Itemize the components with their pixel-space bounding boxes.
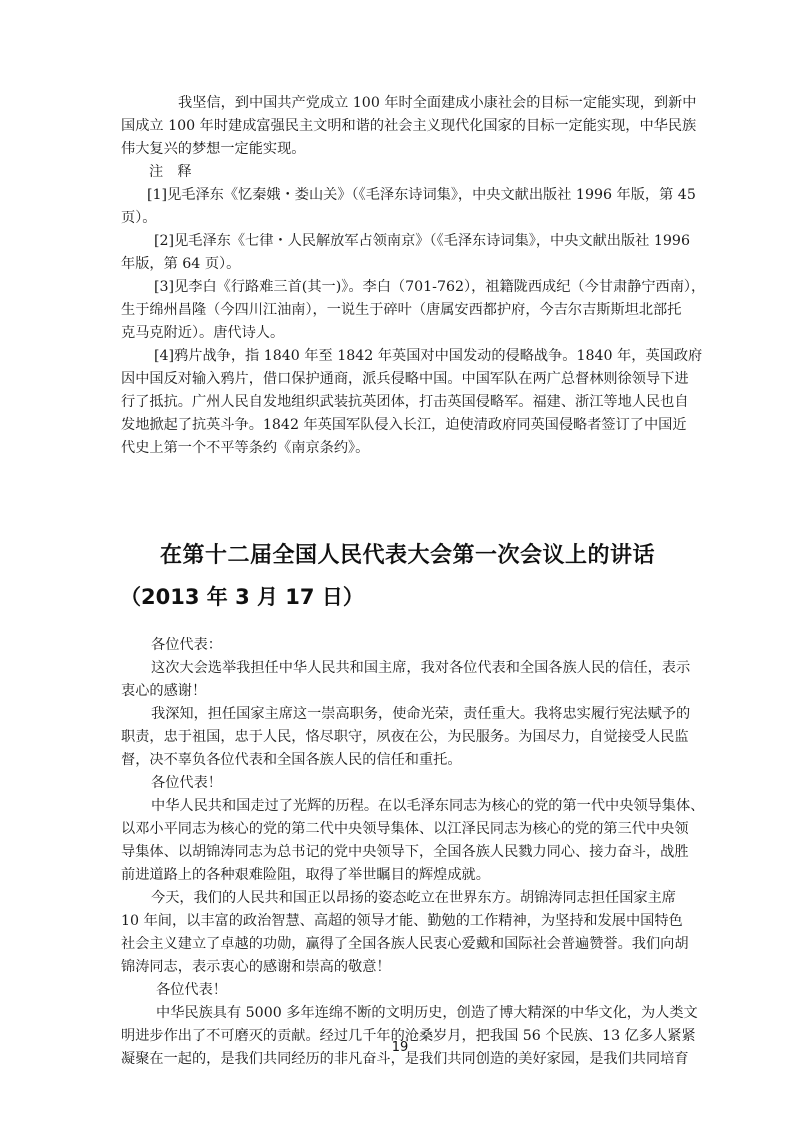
- note-2: [2]见毛泽东《七律・人民解放军占领南京》（《毛泽东诗词集》，中央文献出版社 1…: [121, 230, 679, 253]
- paragraph-line: 这次大会选举我担任中华人民共和国主席，我对各位代表和全国各族人民的信任，表示: [121, 657, 679, 680]
- paragraph-line: 我深知，担任国家主席这一崇高职务，使命光荣，责任重大。我将忠实履行宪法赋予的: [121, 703, 679, 726]
- text-line: 伟大复兴的梦想一定能实现。: [121, 138, 679, 161]
- paragraph-line: 中华民族具有 5000 多年连绵不断的文明历史，创造了博大精深的中华文化，为人类…: [121, 1002, 679, 1025]
- paragraph-line: 社会主义建立了卓越的功勋，赢得了全国各族人民衷心爱戴和国际社会普遍赞誉。我们向胡: [121, 933, 679, 956]
- paragraph-line: 衷心的感谢！: [121, 680, 679, 703]
- paragraph-line: 锦涛同志，表示衷心的感谢和崇高的敬意！: [121, 956, 679, 979]
- note-4-cont: 因中国反对输入鸦片，借口保护通商，派兵侵略中国。中国军队在两广总督林则徐领导下进: [121, 368, 679, 391]
- paragraph-line: 今天，我们的人民共和国正以昂扬的姿态屹立在世界东方。胡锦涛同志担任国家主席: [121, 887, 679, 910]
- text-line: 国成立 100 年时建成富强民主文明和谐的社会主义现代化国家的目标一定能实现，中…: [121, 115, 679, 138]
- closing-paragraph: 我坚信，到中国共产党成立 100 年时全面建成小康社会的目标一定能实现，到新中 …: [121, 92, 679, 161]
- notes-section: 注 释 [1]见毛泽东《忆秦娥・娄山关》（《毛泽东诗词集》，中央文献出版社 19…: [121, 161, 679, 460]
- note-3-cont: 克马克附近）。唐代诗人。: [121, 322, 679, 345]
- paragraph-line: 督，决不辜负各位代表和全国各族人民的信任和重托。: [121, 749, 679, 772]
- salutation: 各位代表：: [121, 634, 679, 657]
- document-page: 我坚信，到中国共产党成立 100 年时全面建成小康社会的目标一定能实现，到新中 …: [0, 0, 800, 1131]
- page-number: 19: [0, 1040, 800, 1055]
- paragraph-line: 以邓小平同志为核心的党的第二代中央领导集体、以江泽民同志为核心的党的第三代中央领: [121, 818, 679, 841]
- paragraph-line: 导集体、以胡锦涛同志为总书记的党中央领导下，全国各族人民戮力同心、接力奋斗，战胜: [121, 841, 679, 864]
- speech-body: 各位代表： 这次大会选举我担任中华人民共和国主席，我对各位代表和全国各族人民的信…: [121, 634, 679, 1071]
- text-line: 我坚信，到中国共产党成立 100 年时全面建成小康社会的目标一定能实现，到新中: [121, 92, 679, 115]
- note-4-cont: 代史上第一个不平等条约《南京条约》。: [121, 437, 679, 460]
- note-2-cont: 年版，第 64 页）。: [121, 253, 679, 276]
- speech-title: 在第十二届全国人民代表大会第一次会议上的讲话: [160, 538, 655, 569]
- note-4-cont: 行了抵抗。广州人民自发地组织武装抗英团体，打击英国侵略军。福建、浙江等地人民也自: [121, 391, 679, 414]
- notes-heading: 注 释: [121, 161, 679, 184]
- paragraph-line: 10 年间，以丰富的政治智慧、高超的领导才能、勤勉的工作精神，为坚持和发展中国特…: [121, 910, 679, 933]
- note-3: [3]见李白《行路难三首(其一)》。李白（701-762），祖籍陇西成纪（今甘肃…: [121, 276, 679, 299]
- note-1-cont: 页）。: [121, 207, 679, 230]
- speech-date: （2013 年 3 月 17 日）: [120, 581, 364, 611]
- salutation: 各位代表！: [121, 979, 679, 1002]
- note-1: [1]见毛泽东《忆秦娥・娄山关》（《毛泽东诗词集》，中央文献出版社 1996 年…: [121, 184, 679, 207]
- paragraph-line: 职责，忠于祖国，忠于人民，恪尽职守，夙夜在公，为民服务。为国尽力，自觉接受人民监: [121, 726, 679, 749]
- note-3-cont: 生于绵州昌隆（今四川江油南），一说生于碎叶（唐属安西都护府，今吉尔吉斯斯坦北部托: [121, 299, 679, 322]
- paragraph-line: 中华人民共和国走过了光辉的历程。在以毛泽东同志为核心的党的第一代中央领导集体、: [121, 795, 679, 818]
- salutation: 各位代表！: [121, 772, 679, 795]
- note-4: [4]鸦片战争，指 1840 年至 1842 年英国对中国发动的侵略战争。184…: [121, 345, 679, 368]
- paragraph-line: 前进道路上的各种艰难险阻，取得了举世瞩目的辉煌成就。: [121, 864, 679, 887]
- note-4-cont: 发地掀起了抗英斗争。1842 年英国军队侵入长江，迫使清政府同英国侵略者签订了中…: [121, 414, 679, 437]
